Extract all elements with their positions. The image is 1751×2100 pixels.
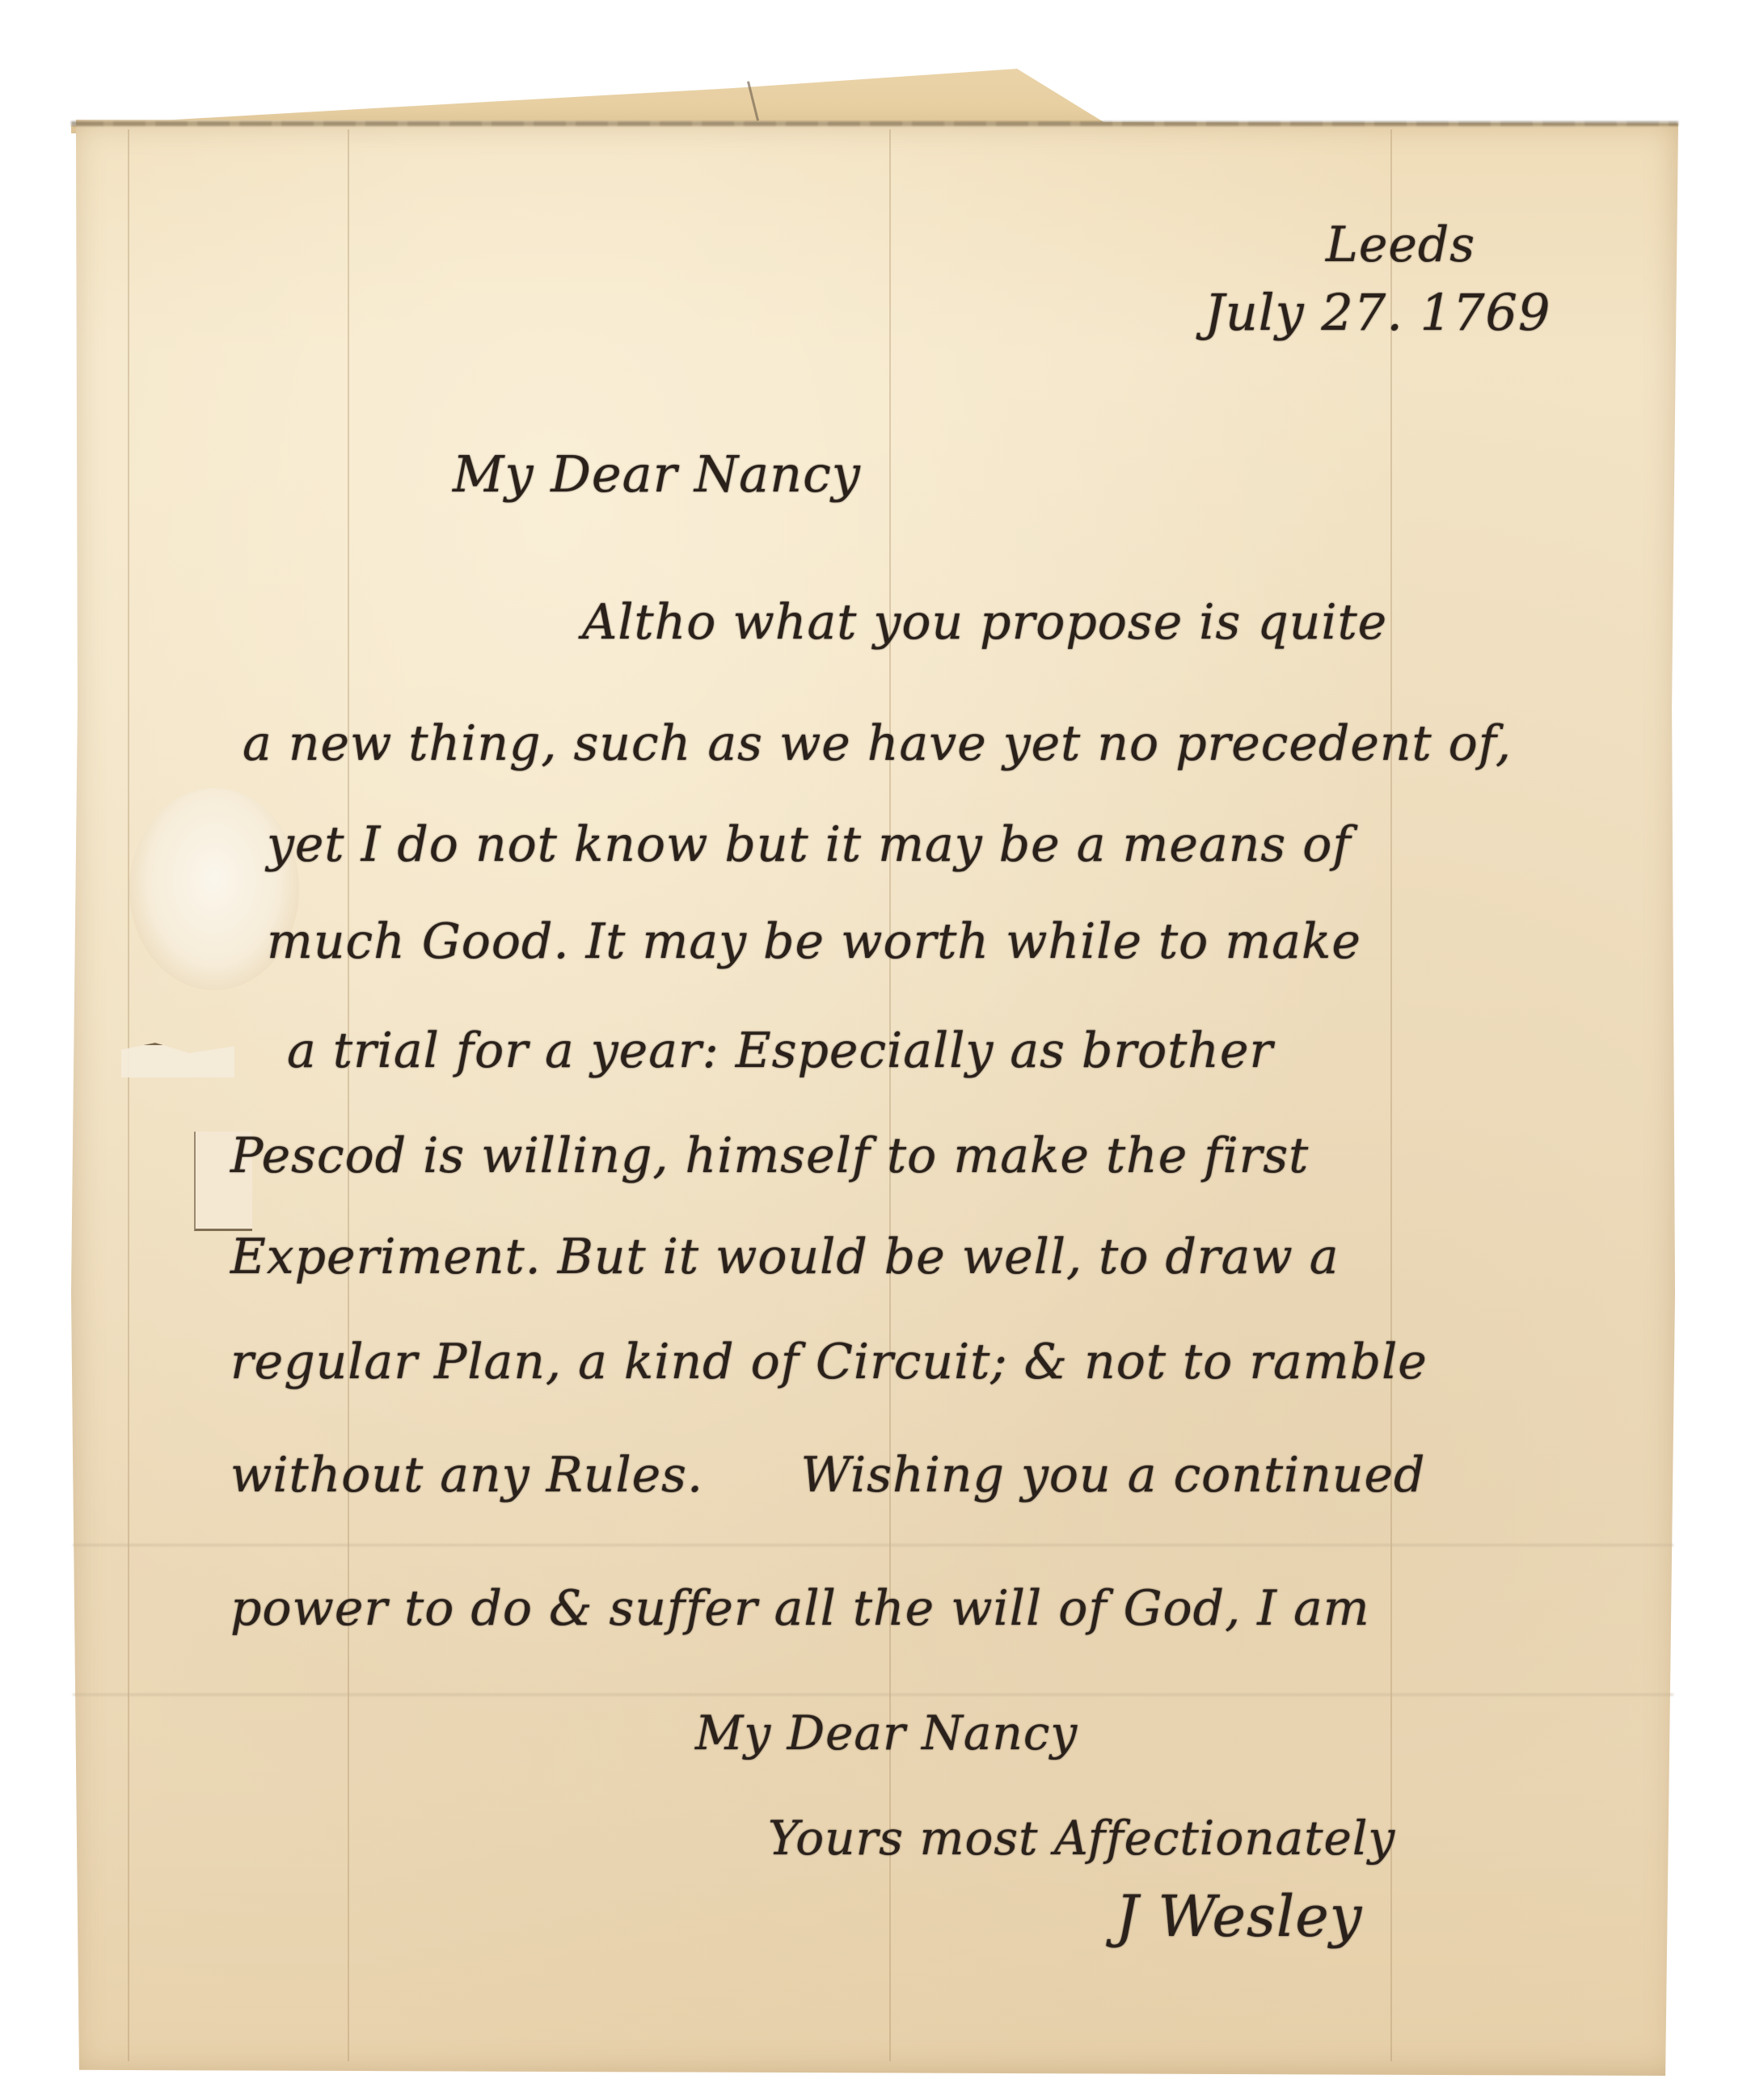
document-canvas: Leeds July 27. 1769 My Dear Nancy Altho … [0,0,1751,2100]
body-line: regular Plan, a kind of Circuit; & not t… [230,1334,1428,1390]
letter-place: Leeds [1326,217,1475,273]
fold-line [73,1544,1673,1546]
body-line: Experiment. But it would be well, to dra… [230,1229,1340,1285]
body-line: Altho what you propose is quite [582,594,1387,651]
letter-salutation: My Dear Nancy [453,445,861,504]
body-line: Pescod is willing, himself to make the f… [230,1128,1309,1184]
body-line: yet I do not know but it may be a means … [267,816,1352,873]
top-fold-edge [71,121,1678,126]
fold-line [348,129,349,2061]
fold-line [73,1693,1673,1696]
letter-paper [71,120,1678,2076]
fold-line [128,129,129,2061]
signature: J Wesley [1116,1883,1362,1950]
body-line: much Good. It may be worth while to make [267,913,1361,970]
fold-line [1390,129,1392,2061]
body-line: without any Rules. Wishing you a continu… [230,1447,1425,1503]
body-line: a trial for a year: Especially as brothe… [287,1023,1273,1079]
body-line: a new thing, such as we have yet no prec… [243,715,1512,772]
letter-date: July 27. 1769 [1205,283,1551,342]
closing-phrase: Yours most Affectionately [768,1811,1395,1866]
body-line: power to do & suffer all the will of God… [230,1580,1370,1637]
fold-line [889,129,891,2061]
closing-salutation: My Dear Nancy [695,1706,1078,1761]
